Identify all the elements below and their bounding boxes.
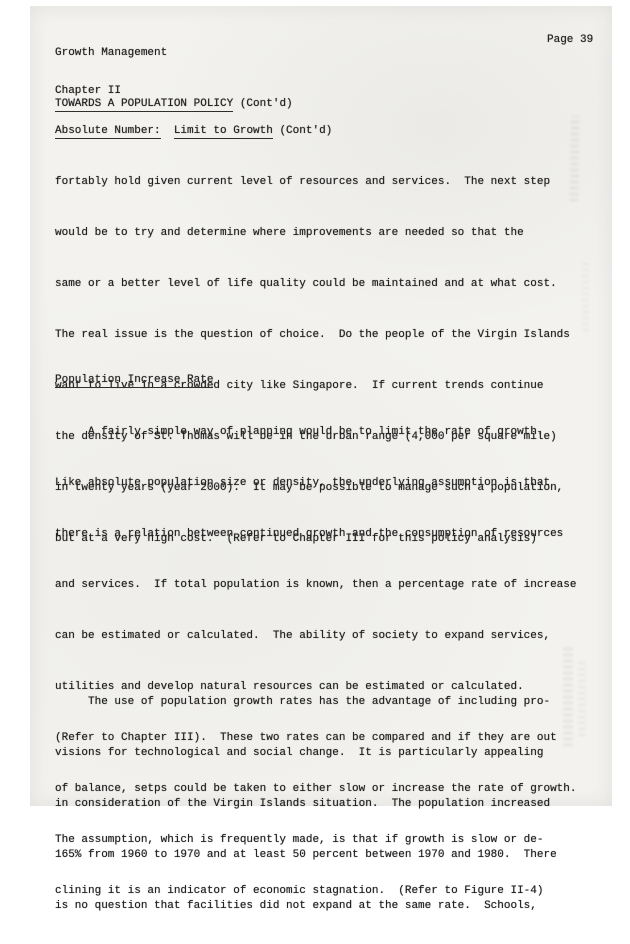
- rate-heading: Population Increase Rate: [55, 367, 213, 394]
- section-heading: TOWARDS A POPULATION POLICY (Cont'd): [55, 91, 293, 118]
- text-line: fortably hold given current level of res…: [55, 169, 570, 196]
- text-line: Like absolute population size or density…: [55, 470, 577, 497]
- text-line: can be estimated or calculated. The abil…: [55, 623, 577, 650]
- scan-artifact: [569, 116, 579, 201]
- document-title: Growth Management: [55, 46, 167, 60]
- subsection-heading-underlined-2: Limit to Growth: [174, 125, 273, 139]
- subsection-heading-underlined-1: Absolute Number:: [55, 125, 161, 139]
- text-line: The use of population growth rates has t…: [55, 689, 557, 716]
- section-heading-suffix: (Cont'd): [233, 98, 292, 110]
- subsection-heading-suffix: (Cont'd): [273, 125, 332, 137]
- text-line: there is a relation between continued gr…: [55, 521, 577, 548]
- scanned-page: Growth Management Chapter II Page 39 TOW…: [30, 6, 612, 806]
- subsection-heading-gap: [161, 125, 174, 137]
- scan-artifact: [582, 261, 589, 331]
- scan-artifact: [578, 661, 586, 736]
- text-line: would be to try and determine where impr…: [55, 220, 570, 247]
- page-number: Page 39: [547, 34, 593, 46]
- rate-heading-underlined: Population Increase Rate: [55, 374, 213, 388]
- paragraph-3: The use of population growth rates has t…: [55, 665, 557, 843]
- text-line: in consideration of the Virgin Islands s…: [55, 791, 557, 818]
- text-line: visions for technological and social cha…: [55, 740, 557, 767]
- section-heading-underlined: TOWARDS A POPULATION POLICY: [55, 98, 233, 112]
- scan-artifact: [563, 646, 573, 746]
- text-line: A fairly simple way of planning would be…: [55, 419, 577, 446]
- text-line: The real issue is the question of choice…: [55, 322, 570, 349]
- text-line: and services. If total population is kno…: [55, 572, 577, 599]
- text-line: same or a better level of life quality c…: [55, 271, 570, 298]
- subsection-heading: Absolute Number: Limit to Growth (Cont'd…: [55, 118, 332, 145]
